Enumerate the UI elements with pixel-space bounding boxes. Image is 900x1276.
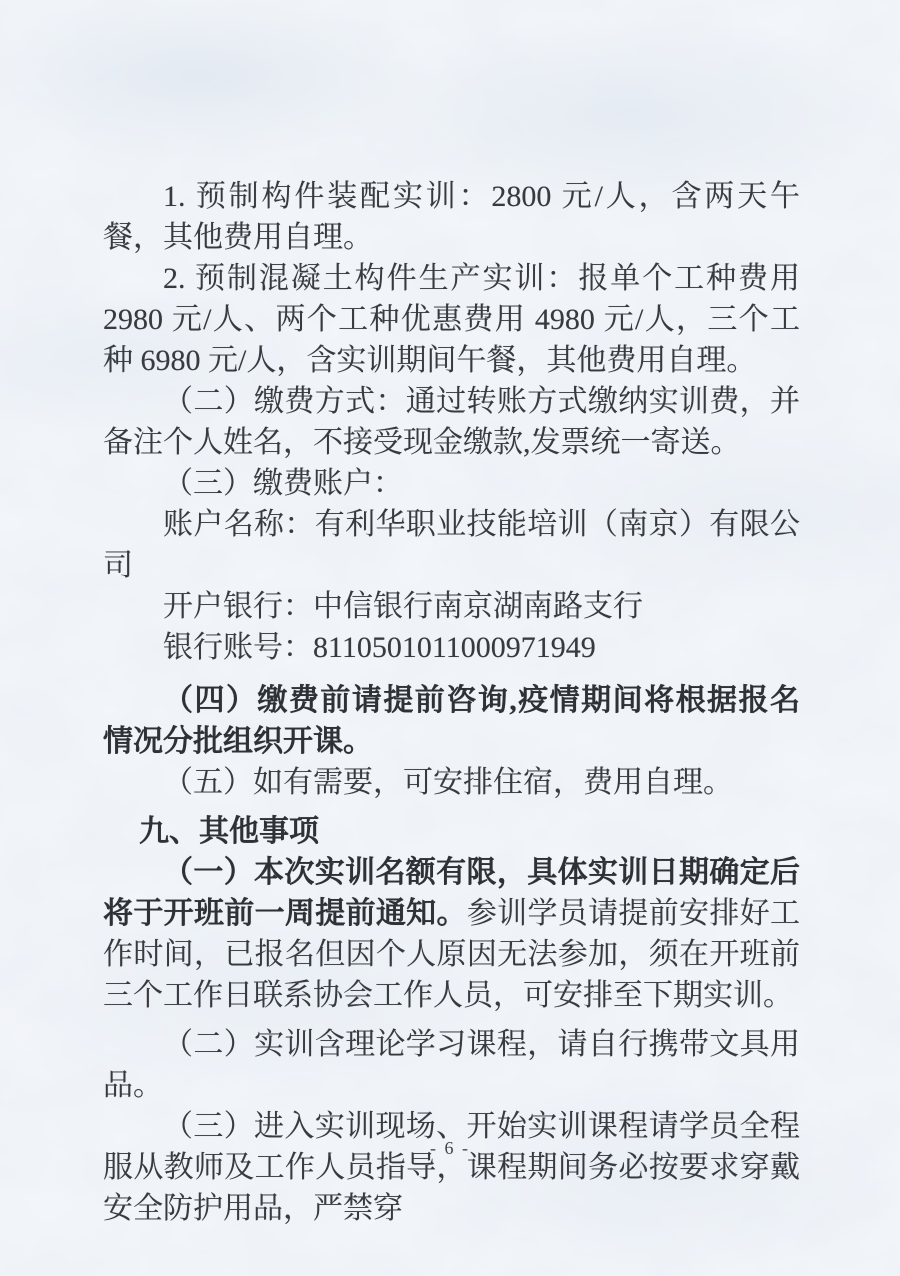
text-segment: （二）缴费方式：通过转账方式缴纳实训费，并备注个人姓名，不接受现金缴款,发票统一… <box>103 385 800 459</box>
paragraph-other-item-3: （三）进入实训现场、开始实训课程请学员全程服从教师及工作人员指导，课程期间务必按… <box>103 1106 800 1229</box>
text-segment: （四）缴费前请提前咨询,疫情期间将根据报名情况分批组织开课。 <box>103 684 800 758</box>
document-page: 1. 预制构件装配实训：2800 元/人，含两天午餐，其他费用自理。2. 预制混… <box>0 0 900 1276</box>
text-segment: （三）缴费账户： <box>163 467 403 500</box>
text-segment: 开户银行：中信银行南京湖南路支行 <box>163 590 643 623</box>
text-segment: 九、其他事项 <box>139 815 319 848</box>
text-segment: 2. 预制混凝土构件生产实训：报单个工种费用 2980 元/人、两个工种优惠费用… <box>103 262 800 377</box>
text-segment: （五）如有需要，可安排住宿，费用自理。 <box>163 766 733 799</box>
page-number: - 6 - <box>0 1138 900 1159</box>
text-segment: （三）进入实训现场、开始实训课程请学员全程服从教师及工作人员指导，课程期间务必按… <box>103 1110 800 1225</box>
paragraph-notice-item-4: （四）缴费前请提前咨询,疫情期间将根据报名情况分批组织开课。 <box>103 680 800 762</box>
paragraph-account-name: 账户名称：有利华职业技能培训（南京）有限公司 <box>103 504 800 586</box>
paragraph-other-item-1: （一）本次实训名额有限，具体实训日期确定后将于开班前一周提前通知。参训学员请提前… <box>103 852 800 1016</box>
paragraph-other-item-2: （二）实训含理论学习课程，请自行携带文具用品。 <box>103 1024 800 1106</box>
paragraph-fee-item-2: 2. 预制混凝土构件生产实训：报单个工种费用 2980 元/人、两个工种优惠费用… <box>103 258 800 381</box>
paragraph-bank-account-number: 银行账号：8110501011000971949 <box>103 627 800 668</box>
text-segment: 银行账号：8110501011000971949 <box>163 631 596 664</box>
text-segment: 1. 预制构件装配实训：2800 元/人，含两天午餐，其他费用自理。 <box>103 180 800 254</box>
text-segment: （二）实训含理论学习课程，请自行携带文具用品。 <box>103 1028 800 1102</box>
paragraph-bank-name: 开户银行：中信银行南京湖南路支行 <box>103 586 800 627</box>
paragraph-notice-item-5: （五）如有需要，可安排住宿，费用自理。 <box>103 762 800 803</box>
paragraph-section-nine-heading: 九、其他事项 <box>103 811 800 852</box>
paragraph-payment-account-heading: （三）缴费账户： <box>103 463 800 504</box>
document-body: 1. 预制构件装配实训：2800 元/人，含两天午餐，其他费用自理。2. 预制混… <box>103 176 800 1229</box>
paragraph-fee-item-1: 1. 预制构件装配实训：2800 元/人，含两天午餐，其他费用自理。 <box>103 176 800 258</box>
paragraph-payment-method: （二）缴费方式：通过转账方式缴纳实训费，并备注个人姓名，不接受现金缴款,发票统一… <box>103 381 800 463</box>
text-segment: 账户名称：有利华职业技能培训（南京）有限公司 <box>103 508 800 582</box>
